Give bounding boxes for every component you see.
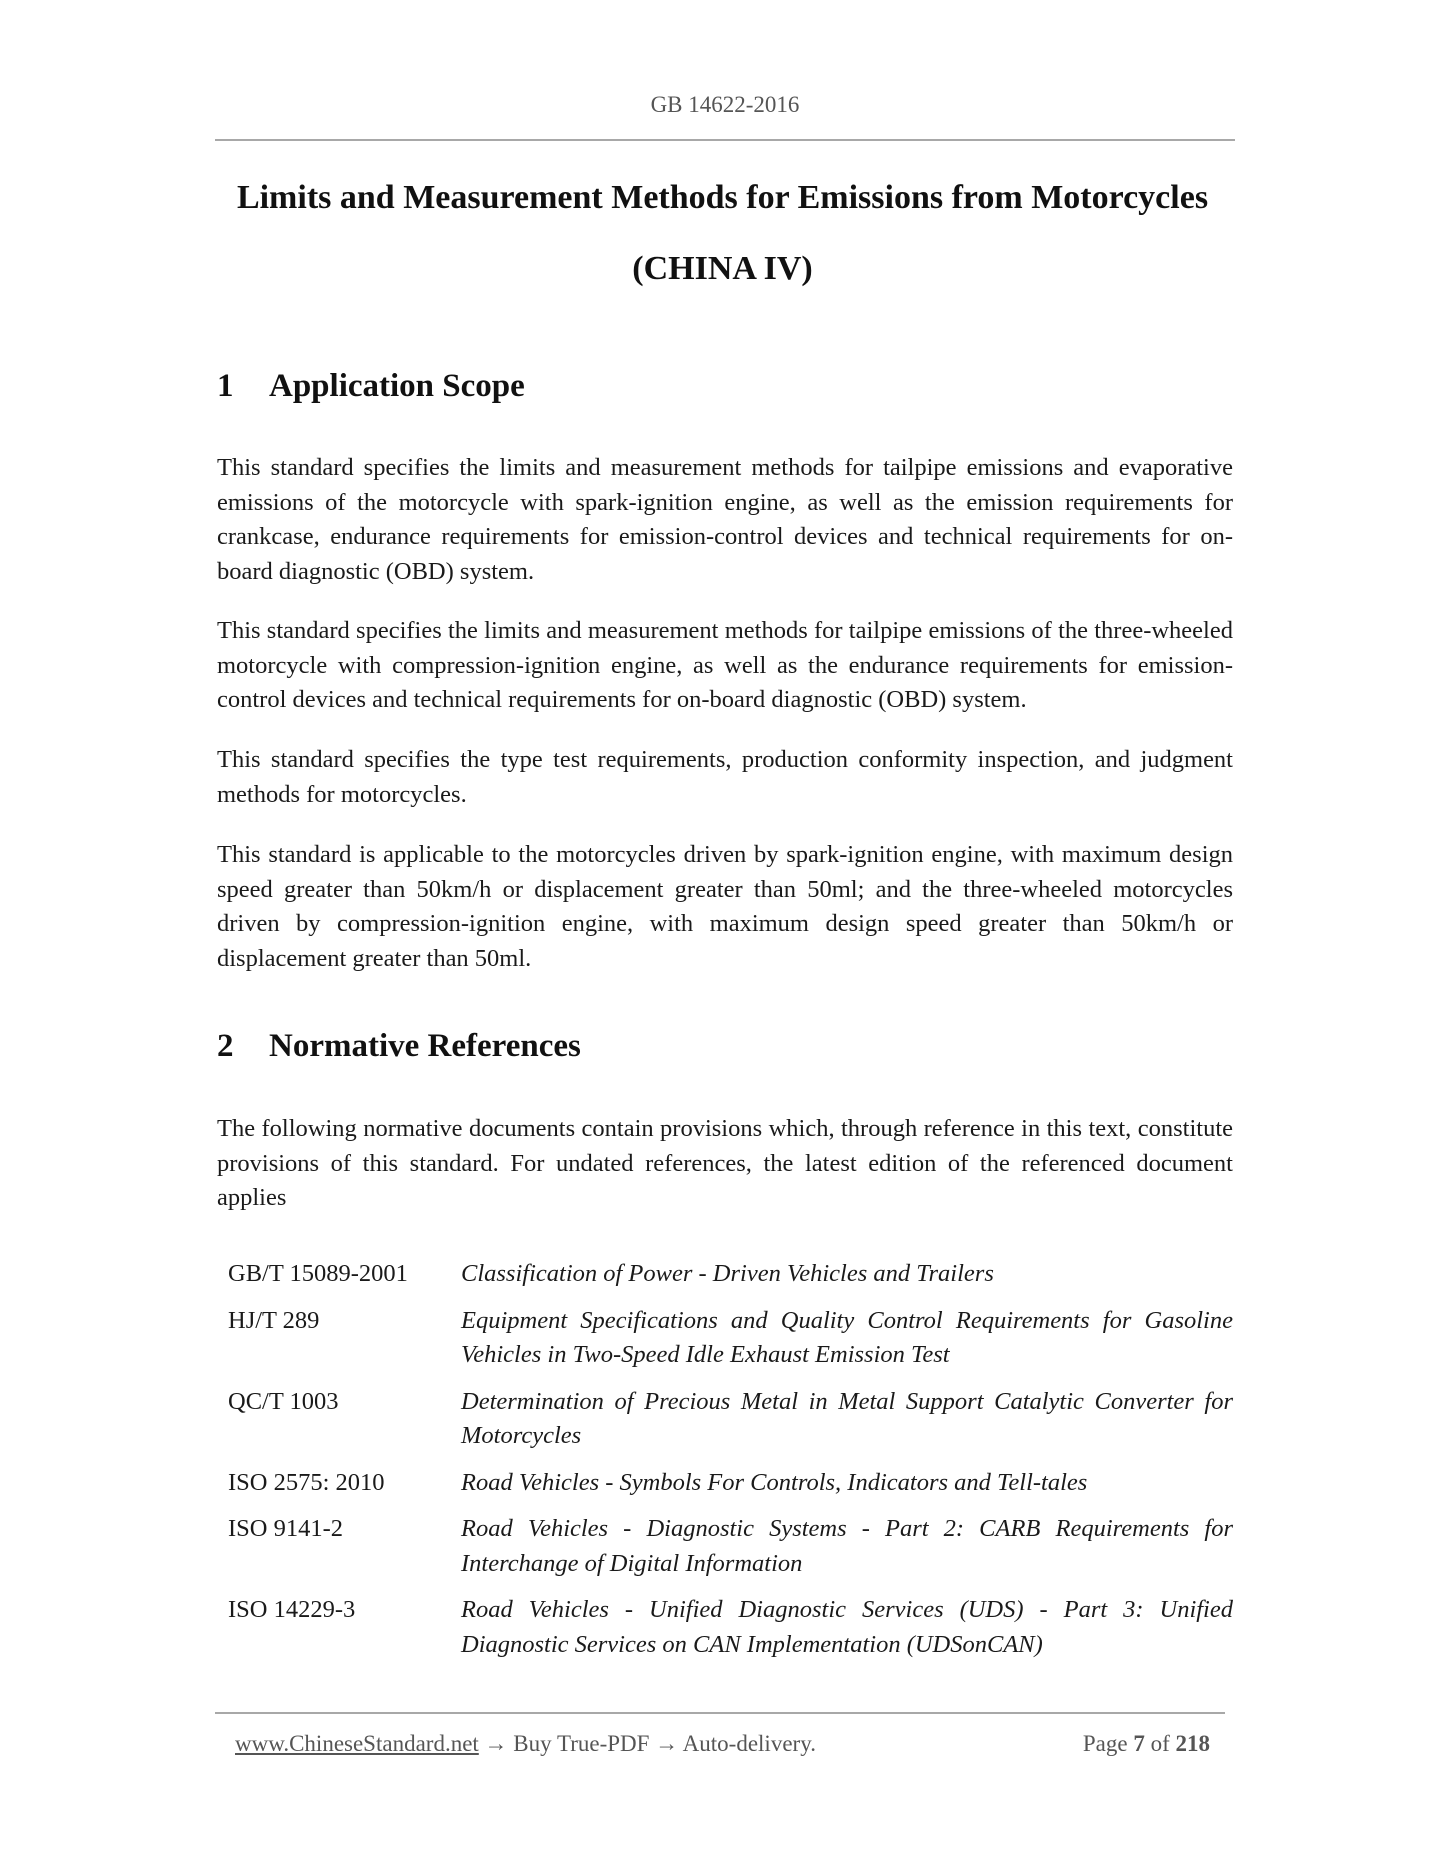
- page-header: GB 14622-2016: [215, 92, 1235, 118]
- buy-text: Buy True-PDF: [513, 1731, 649, 1756]
- reference-title: Road Vehicles - Symbols For Controls, In…: [461, 1466, 1233, 1501]
- scope-paragraph: This standard specifies the limits and m…: [217, 451, 1233, 589]
- section-title: Application Scope: [269, 368, 525, 404]
- right-arrow-icon: →: [655, 1731, 678, 1756]
- current-page: 7: [1133, 1731, 1145, 1756]
- reference-item: GB/T 15089-2001 Classification of Power …: [228, 1257, 1233, 1292]
- scope-paragraph: This standard is applicable to the motor…: [217, 838, 1233, 976]
- delivery-text: Auto-delivery.: [683, 1731, 816, 1756]
- scope-paragraph: This standard specifies the type test re…: [217, 743, 1233, 812]
- reference-code: ISO 2575: 2010: [228, 1466, 461, 1501]
- reference-code: QC/T 1003: [228, 1385, 461, 1454]
- reference-item: ISO 9141-2 Road Vehicles - Diagnostic Sy…: [228, 1512, 1233, 1581]
- page-label: Page: [1083, 1731, 1128, 1756]
- footer-divider: [215, 1712, 1225, 1714]
- section-heading-application-scope: 1Application Scope: [217, 368, 525, 405]
- scope-paragraph: This standard specifies the limits and m…: [217, 614, 1233, 718]
- references-intro-paragraph: The following normative documents contai…: [217, 1112, 1233, 1216]
- reference-code: HJ/T 289: [228, 1304, 461, 1373]
- total-pages: 218: [1176, 1731, 1211, 1756]
- reference-title: Road Vehicles - Diagnostic Systems - Par…: [461, 1512, 1233, 1581]
- page-of: of: [1151, 1731, 1170, 1756]
- footer-promo: www.ChineseStandard.net → Buy True-PDF →…: [235, 1731, 816, 1757]
- section-number: 1: [217, 368, 269, 405]
- header-divider: [215, 139, 1235, 141]
- reference-code: ISO 9141-2: [228, 1512, 461, 1581]
- reference-list: GB/T 15089-2001 Classification of Power …: [228, 1257, 1233, 1674]
- reference-code: GB/T 15089-2001: [228, 1257, 461, 1292]
- website-link[interactable]: www.ChineseStandard.net: [235, 1731, 479, 1756]
- page-footer: www.ChineseStandard.net → Buy True-PDF →…: [235, 1731, 1210, 1757]
- document-title: Limits and Measurement Methods for Emiss…: [200, 179, 1245, 217]
- reference-title: Classification of Power - Driven Vehicle…: [461, 1257, 1233, 1292]
- reference-title: Determination of Precious Metal in Metal…: [461, 1385, 1233, 1454]
- reference-item: HJ/T 289 Equipment Specifications and Qu…: [228, 1304, 1233, 1373]
- section-heading-normative-references: 2Normative References: [217, 1028, 581, 1065]
- page-number: Page 7 of 218: [1083, 1731, 1210, 1757]
- right-arrow-icon: →: [485, 1731, 508, 1756]
- document-subtitle: (CHINA IV): [200, 250, 1245, 288]
- section-number: 2: [217, 1028, 269, 1065]
- reference-item: QC/T 1003 Determination of Precious Meta…: [228, 1385, 1233, 1454]
- reference-item: ISO 2575: 2010 Road Vehicles - Symbols F…: [228, 1466, 1233, 1501]
- section-title: Normative References: [269, 1028, 581, 1064]
- reference-title: Road Vehicles - Unified Diagnostic Servi…: [461, 1593, 1233, 1662]
- reference-title: Equipment Specifications and Quality Con…: [461, 1304, 1233, 1373]
- reference-code: ISO 14229-3: [228, 1593, 461, 1662]
- reference-item: ISO 14229-3 Road Vehicles - Unified Diag…: [228, 1593, 1233, 1662]
